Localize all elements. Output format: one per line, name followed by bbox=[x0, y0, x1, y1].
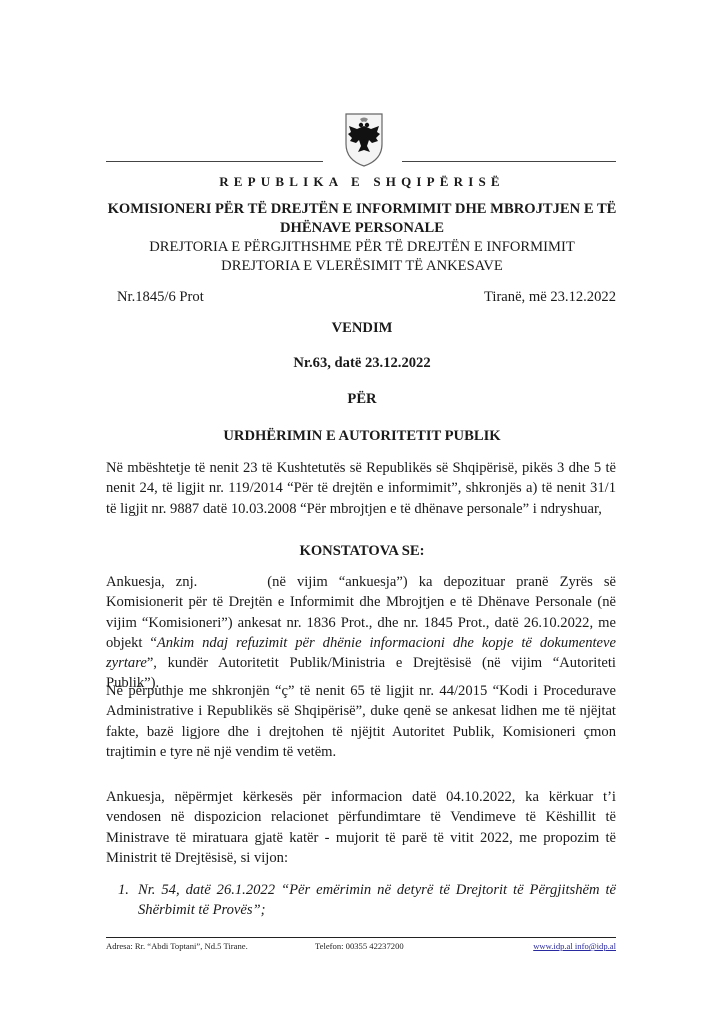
decision-heading: VENDIM bbox=[0, 320, 724, 337]
list-item-text: Nr. 54, datë 26.1.2022 “Për emërimin në … bbox=[138, 880, 616, 921]
joinder-paragraph: Në përputhje me shkronjën “ç” të nenit 6… bbox=[106, 681, 616, 762]
albanian-eagle-coat-of-arms-icon bbox=[326, 110, 402, 172]
list-item-number: 1. bbox=[118, 880, 138, 921]
institution-name-line1: KOMISIONERI PËR TË DREJTËN E INFORMIMIT … bbox=[0, 200, 724, 219]
general-directorate: DREJTORIA E PËRGJITHSHME PËR TË DREJTËN … bbox=[0, 238, 724, 257]
complaint-start: Ankuesja, znj. bbox=[106, 574, 197, 590]
requested-decisions-list: 1. Nr. 54, datë 26.1.2022 “Për emërimin … bbox=[118, 880, 616, 921]
document-page: REPUBLIKA E SHQIPËRISË KOMISIONERI PËR T… bbox=[0, 0, 724, 1024]
footer-rule bbox=[106, 937, 616, 938]
findings-heading: KONSTATOVA SE: bbox=[0, 543, 724, 560]
complaint-paragraph: Ankuesja, znj.(në vijim “ankuesja”) ka d… bbox=[106, 572, 616, 694]
footer-address: Adresa: Rr. “Abdi Toptani”, Nd.5 Tirane. bbox=[106, 941, 248, 951]
footer-web-link[interactable]: www.idp.al info@idp.al bbox=[533, 941, 616, 951]
decision-per: PËR bbox=[0, 391, 724, 408]
directorate: DREJTORIA E VLERËSIMIT TË ANKESAVE bbox=[0, 257, 724, 276]
list-item: 1. Nr. 54, datë 26.1.2022 “Për emërimin … bbox=[118, 880, 616, 921]
protocol-number: Nr.1845/6 Prot bbox=[117, 289, 204, 306]
footer-phone: Telefon: 00355 42237200 bbox=[315, 941, 404, 951]
place-date: Tiranë, më 23.12.2022 bbox=[484, 289, 616, 306]
header-rule-right bbox=[402, 161, 616, 162]
legal-basis-paragraph: Në mbështetje të nenit 23 të Kushtetutës… bbox=[106, 458, 616, 519]
country-name: REPUBLIKA E SHQIPËRISË bbox=[0, 174, 724, 190]
header-rule-left bbox=[106, 161, 323, 162]
decision-subject: URDHËRIMIN E AUTORITETIT PUBLIK bbox=[0, 428, 724, 445]
request-paragraph: Ankuesja, nëpërmjet kërkesës për informa… bbox=[106, 787, 616, 868]
header-emblem-row bbox=[106, 110, 616, 172]
decision-number-date: Nr.63, datë 23.12.2022 bbox=[0, 355, 724, 372]
institution-name-line2: DHËNAVE PERSONALE bbox=[0, 219, 724, 238]
